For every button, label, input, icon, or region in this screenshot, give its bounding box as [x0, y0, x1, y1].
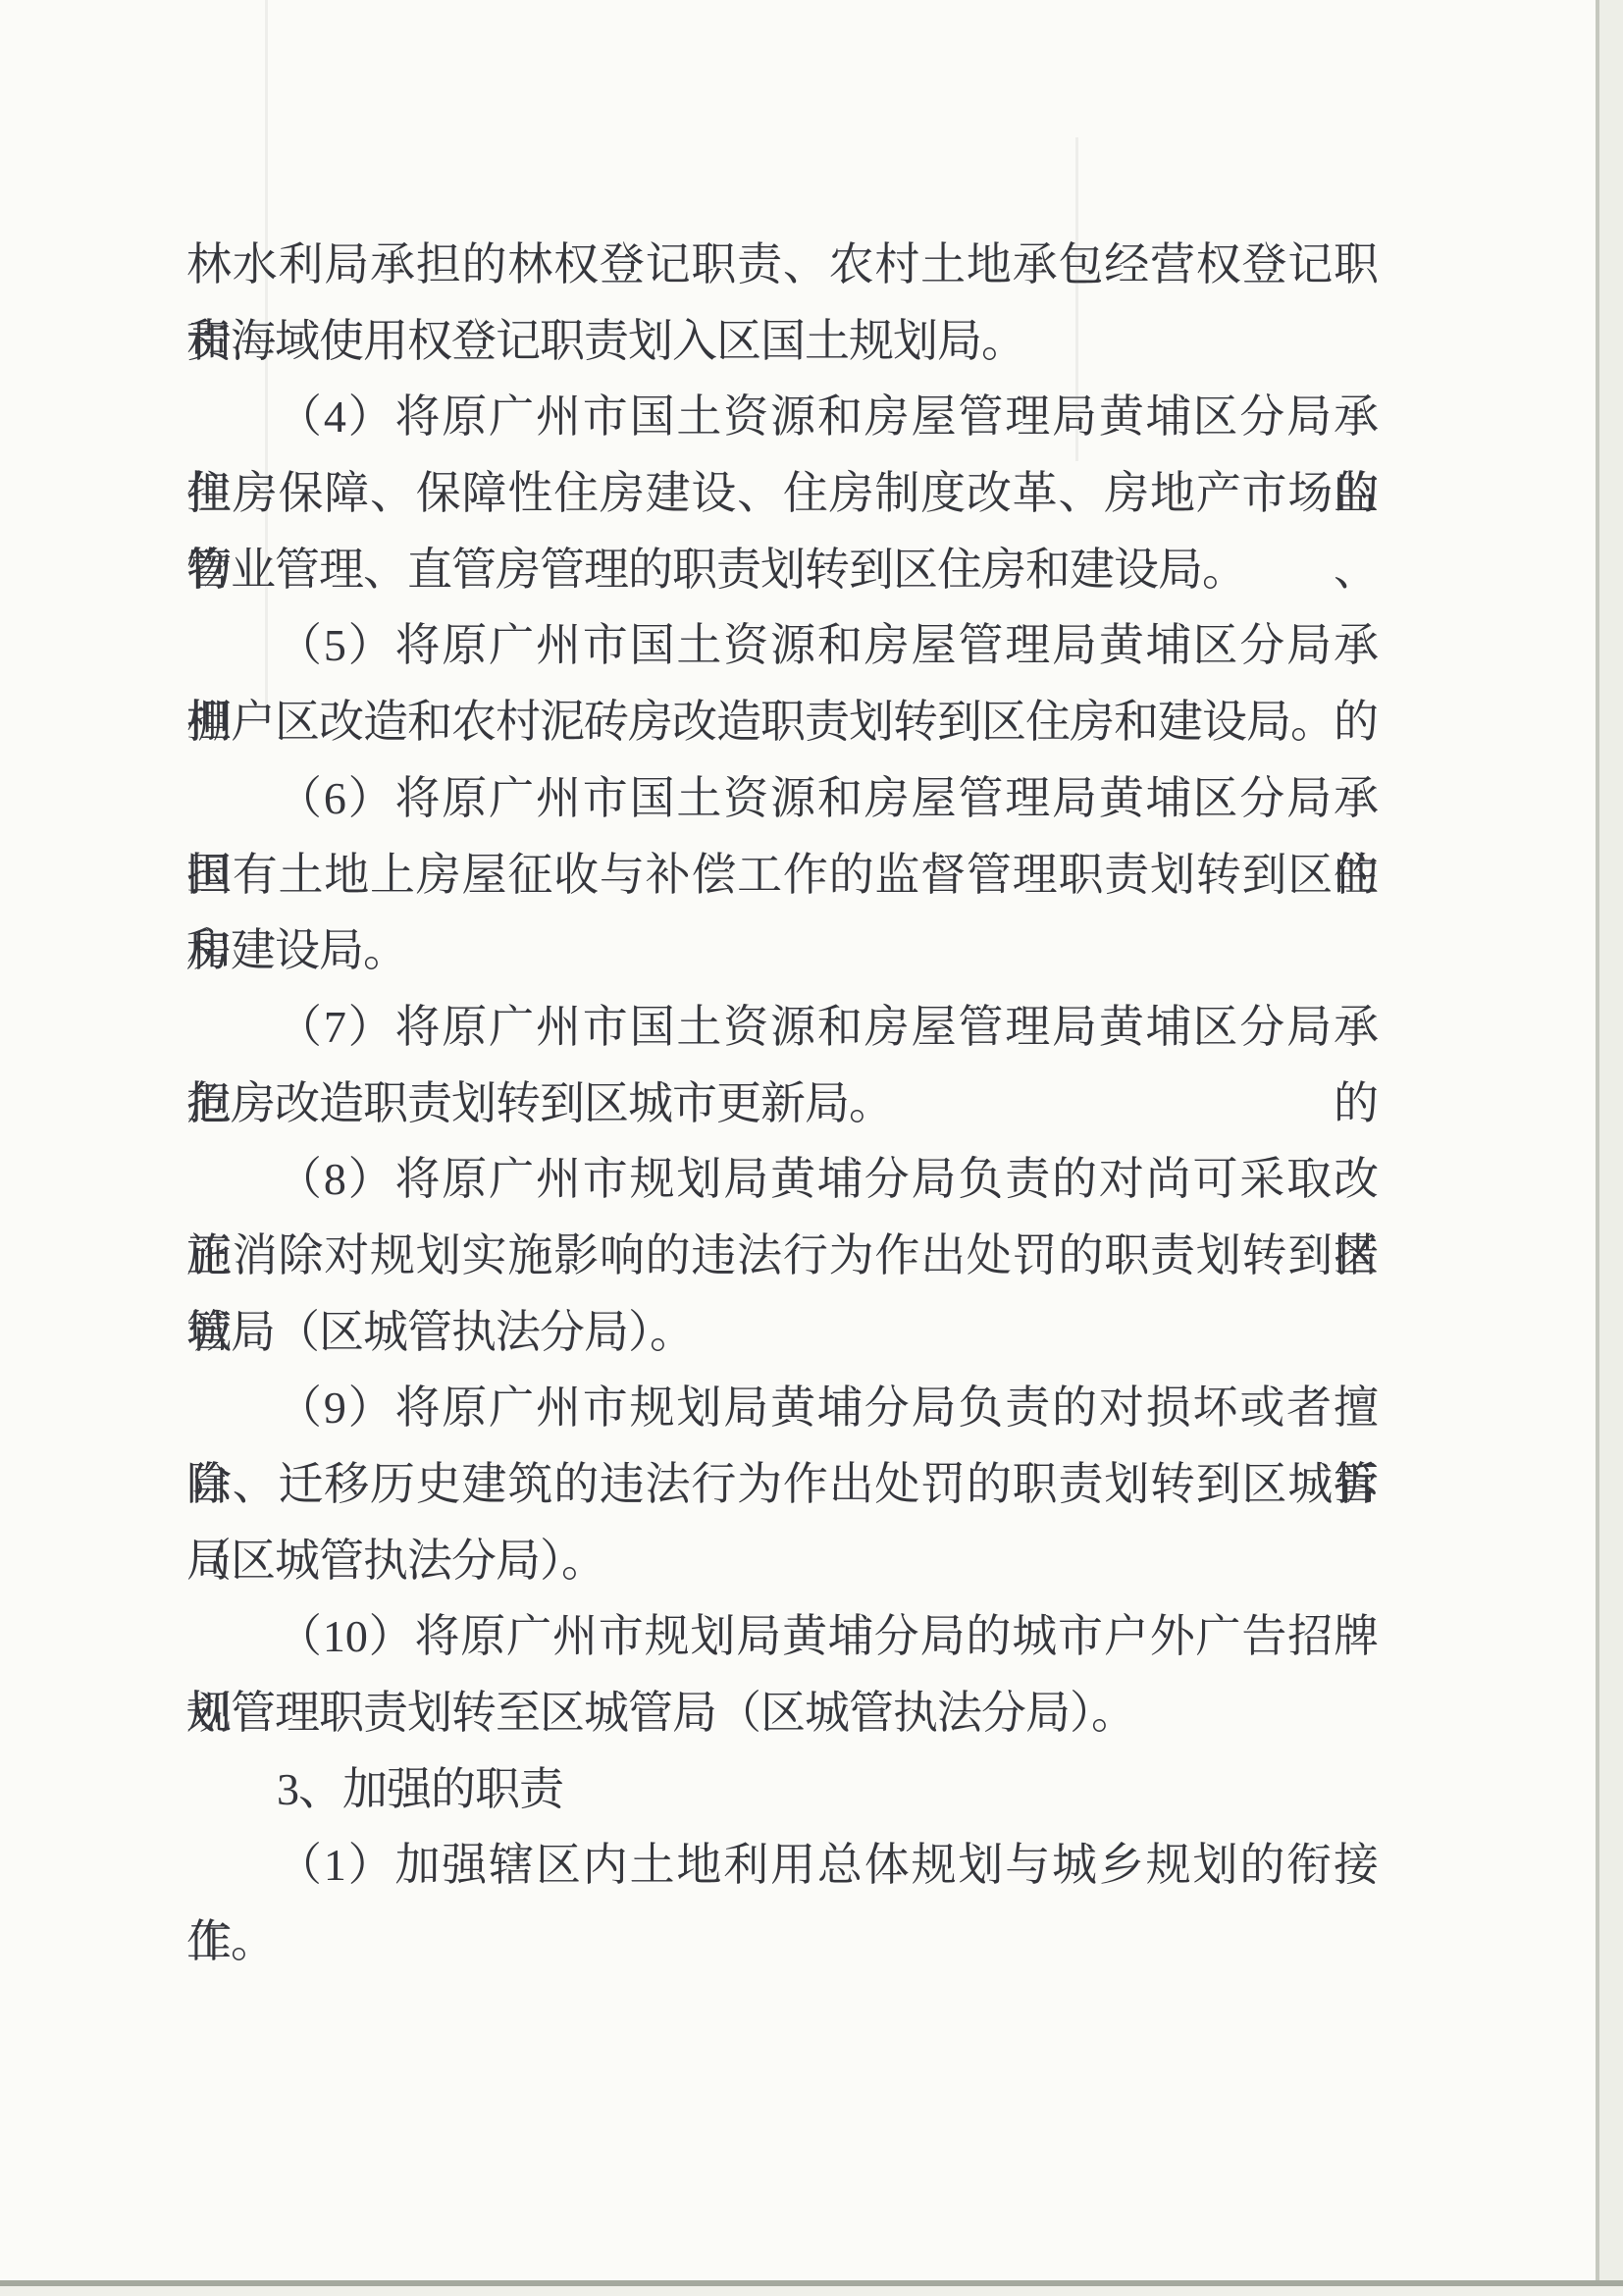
document-page: 林水利局承担的林权登记职责、农村土地承包经营权登记职责 和海域使用权登记职责划入…: [0, 0, 1623, 2296]
text-line: （4）将原广州市国土资源和房屋管理局黄埔区分局承担的: [186, 379, 1379, 455]
page-right-edge-line: [1596, 0, 1599, 2296]
text-line: （10）将原广州市规划局黄埔分局的城市户外广告招牌规: [186, 1598, 1379, 1675]
text-line: 管局（区城管执法分局）。: [186, 1294, 1379, 1371]
scanner-background-bottom: [0, 2286, 1623, 2296]
scanner-background-right: [1599, 0, 1623, 2296]
text-line: 和海域使用权登记职责划入区国土规划局。: [186, 303, 1379, 380]
text-line: 施消除对规划实施影响的违法行为作出处罚的职责划转到区城: [186, 1218, 1379, 1294]
scan-streak-artifact: [265, 0, 268, 721]
text-line: （9）将原广州市规划局黄埔分局负责的对损坏或者擅自拆: [186, 1370, 1379, 1446]
document-text-block: 林水利局承担的林权登记职责、农村土地承包经营权登记职责 和海域使用权登记职责划入…: [186, 227, 1379, 1980]
text-line: 林水利局承担的林权登记职责、农村土地承包经营权登记职责: [186, 227, 1379, 303]
text-line: （区城管执法分局）。: [186, 1523, 1379, 1599]
text-line: （8）将原广州市规划局黄埔分局负责的对尚可采取改正措: [186, 1141, 1379, 1218]
text-line: 划管理职责划转至区城管局（区城管执法分局）。: [186, 1675, 1379, 1751]
text-line: 物业管理、直管房管理的职责划转到区住房和建设局。: [186, 532, 1379, 608]
text-line: （7）将原广州市国土资源和房屋管理局黄埔区分局承担的: [186, 989, 1379, 1066]
text-line: 作。: [186, 1904, 1379, 1980]
text-line: 除、迁移历史建筑的违法行为作出处罚的职责划转到区城管局: [186, 1446, 1379, 1523]
scan-streak-artifact: [1075, 137, 1078, 461]
text-line: 住房保障、保障性住房建设、住房制度改革、房地产市场监管、: [186, 455, 1379, 532]
text-line: （5）将原广州市国土资源和房屋管理局黄埔区分局承担的: [186, 607, 1379, 684]
text-line: 和建设局。: [186, 913, 1379, 989]
text-line: （6）将原广州市国土资源和房屋管理局黄埔区分局承担的: [186, 760, 1379, 837]
text-line: 棚户区改造和农村泥砖房改造职责划转到区住房和建设局。: [186, 684, 1379, 760]
text-line: （1）加强辖区内土地利用总体规划与城乡规划的衔接工: [186, 1827, 1379, 1904]
text-line: 国有土地上房屋征收与补偿工作的监督管理职责划转到区住房: [186, 837, 1379, 913]
text-line: 3、加强的职责: [186, 1751, 1379, 1828]
